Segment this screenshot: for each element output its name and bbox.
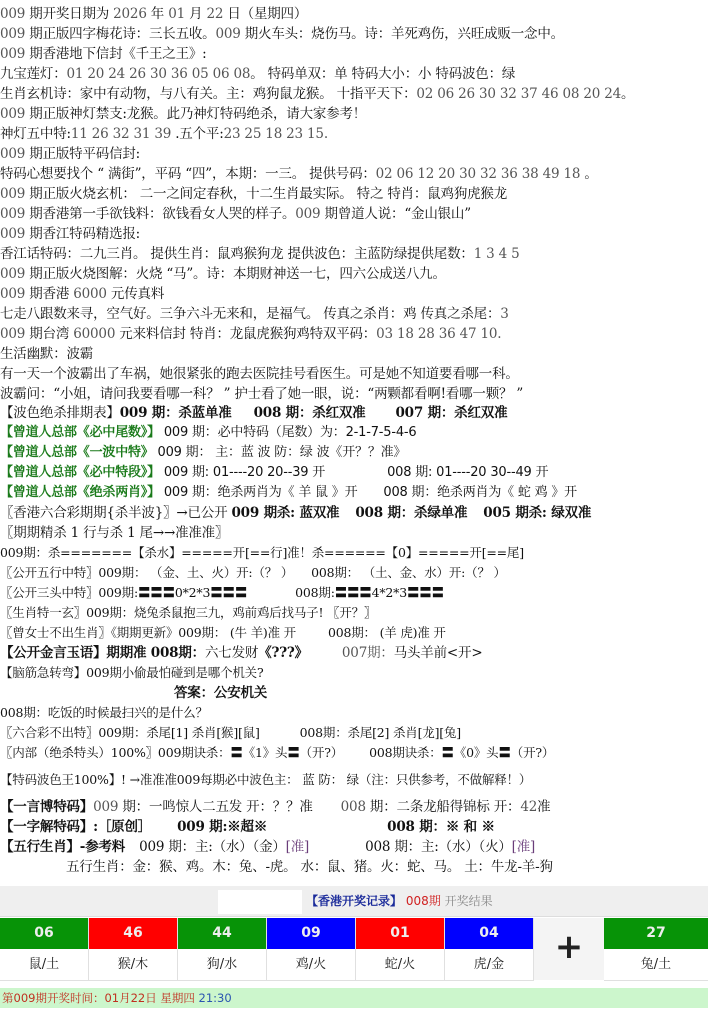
- kill-two-zodiac-line: 【曾道人总部《绝杀两肖》】 009 期：绝杀两肖为《 羊 鼠 》开008 期：绝…: [0, 483, 577, 503]
- five-element-zodiac-line: 【五行生肖】-参考料009 期：主:（水）（金）[准]008 期：主:（水）（火…: [0, 837, 535, 857]
- ms-zeng-line: 〖曾女士不出生肖〗《期期更新》009期： (牛 羊)准 开008期： (羊 虎)…: [0, 623, 446, 643]
- result-ball-3: 44狗/水: [178, 918, 267, 981]
- must-tail-line: 【曾道人总部《必中尾数》】 009 期：必中特码（尾数）为：2-1-7-5-4-…: [0, 423, 416, 443]
- golden-words-line: 【公开金言玉语】期期准 008期：六七发财《???》007期：马头羊前<开>: [0, 643, 482, 663]
- lamp-five-line: 神灯五中特:11 26 32 31 39 .五个平:23 25 18 23 15…: [0, 124, 328, 144]
- next-draw-footer: 第009期开奖时间：01月22日 星期四 21:30: [0, 988, 708, 1008]
- must-segment-line: 【曾道人总部《必中特段》】 009 期: 01----20 20--39 开00…: [0, 463, 548, 483]
- result-ball-5: 01蛇/火: [356, 918, 445, 981]
- draw-date-line: 009 期开奖日期为 2026 年 01 月 22 日（星期四）: [0, 4, 307, 24]
- xiangjiang-code-line: 香江话特码：二九三肖。 提供生肖：鼠鸡猴狗龙 提供波色：主蓝防绿提供尾数：1 3…: [0, 244, 520, 264]
- fax-title-line: 009 期香港 6000 元传真料: [0, 284, 164, 304]
- result-ball-1: 06鼠/土: [0, 918, 89, 981]
- result-ball-6: 04虎/金: [445, 918, 534, 981]
- element-zodiac-map-line: 五行生肖：金：猴、鸡。木：兔、-虎。 水：鼠、猪。火：蛇、马。 土：牛龙-羊-狗: [66, 857, 553, 877]
- three-head-line: 〖公开三头中特〗009期:〓〓〓0*2*3〓〓〓008期:〓〓〓4*2*3〓〓〓: [0, 583, 444, 603]
- one-wave-line: 【曾道人总部《一波中特》 009 期： 主：蓝 波 防：绿 波《开？？准》: [0, 443, 406, 463]
- zodiac-poem-line: 生肖玄机诗：家中有动物，与八有关。主：鸡狗鼠龙猴。 十指平天下：02 06 26…: [0, 84, 634, 104]
- fire-diagram-line: 009 期正版火烧图解：火烧 “马”。诗：本期财神送一七，四六公成送八九。: [0, 264, 446, 284]
- wave-kill-schedule-line: 【波色绝杀排期表】009 期：杀蓝单准008 期：杀红双准007 期：杀红双准: [0, 403, 507, 423]
- special-code-line: 特码心想要找个 “ 满街”，平码 “四”，本期：一三。 提供号码：02 06 1…: [0, 164, 598, 184]
- blank-box: [218, 890, 302, 914]
- fire-riddle-line: 009 期正版火烧玄机： 二一之间定春秋，十二生肖最实际。 特之 特肖：鼠鸡狗虎…: [0, 184, 507, 204]
- brain-teaser-line: 【脑筋急转弯】009期小偷最怕碰到是哪个机关?: [0, 663, 263, 683]
- special-ball: 27兔/土: [604, 918, 708, 981]
- results-balls: 06鼠/土 46猴/木 44狗/水 09鸡/火 01蛇/火 04虎/金 + 27…: [0, 918, 708, 982]
- result-ball-2: 46猴/木: [89, 918, 178, 981]
- lamp-ban-line: 009 期正版神灯禁支:龙猴。此乃神灯特码绝杀，请大家参考！: [0, 104, 366, 124]
- special-envelope-line: 009 期正版特平码信封:: [0, 144, 140, 164]
- kill-element-line: 009期：杀=======【杀水】=====开[==行]准！杀======【0】…: [0, 543, 524, 563]
- humor-line-1: 有一天一个波霸出了车祸，她很紧张的跑去医院挂号看医生。可是她不知道要看哪一科。: [0, 364, 519, 384]
- half-wave-line: 〖香港六合彩期期{杀半波}〗→已公开 009 期杀: 蓝双准008 期：杀绿单准…: [0, 503, 591, 523]
- lantern-numbers-line: 九宝莲灯：01 20 24 26 30 36 05 06 08。 特码单双：单 …: [0, 64, 515, 84]
- results-title-link[interactable]: 【香港开奖记录】: [306, 894, 402, 908]
- one-word-bet-line: 【一言博特码】009 期：一鸣惊人二五发 开：？？准008 期：二条龙船得锦标 …: [0, 797, 550, 817]
- plus-icon: +: [534, 918, 604, 980]
- fax-content-line: 七走八跟数来寻，空气好。三争六斗无来和，是福气。 传真之杀肖：鸡 传真之杀尾：3: [0, 304, 509, 324]
- taiwan-envelope-line: 009 期台湾 60000 元来料信封 特肖：龙鼠虎猴狗鸡特双平码：03 18 …: [0, 324, 501, 344]
- internal-kill-head-line: 〖内部（绝杀特头）100%〗009期诀杀：〓《1》头〓（开?）008期诀杀：〓《…: [0, 743, 554, 763]
- precise-kill-line: 〖期期精杀 1 行与杀 1 尾→→准准准〗: [0, 523, 228, 543]
- humor-line-2: 波霸问：“小姐，请问我要看哪一科？ ” 护士看了她一眼，说：“两颗都看啊!看哪一…: [0, 384, 523, 404]
- first-hand-line: 009 期香港第一手欲钱料：欲钱看女人哭的样子。009 期曾道人说：“金山银山”: [0, 204, 471, 224]
- zodiac-riddle-line: 〖生肖特一玄〗009期：烧兔杀鼠抱三九，鸡前鸡后找马子! 〖开？〗: [0, 603, 376, 623]
- not-out-line: 〖六合彩不出特〗009期：杀尾[1] 杀肖[猴][鼠]008期：杀尾[2] 杀肖…: [0, 723, 461, 743]
- five-element-line: 〖公开五行中特〗009期： （金、土、火）开:（？ ）008期： （土、金、水）…: [0, 563, 506, 583]
- wave-king-line: 【特码波色王100%】! →准准准009每期必中波色主： 蓝 防： 绿（注：只供…: [0, 770, 531, 790]
- result-ball-4: 09鸡/火: [267, 918, 356, 981]
- teaser-answer: 答案：公安机关: [174, 683, 267, 703]
- plum-poem-line: 009 期正版四字梅花诗：三长五收。009 期火车头：烧伤马。诗：羊死鸡伤，兴旺…: [0, 24, 564, 44]
- humor-title-line: 生活幽默：波霸: [0, 344, 93, 364]
- xiangjiang-title-line: 009 期香江特码精选报:: [0, 224, 140, 244]
- results-header-bar: 【香港开奖记录】 008期 开奖结果: [0, 886, 708, 917]
- teaser-008-line: 008期：吃饭的时候最扫兴的是什么？: [0, 703, 208, 723]
- one-char-line: 【一字解特码】:［原创］009 期:※超※008 期：※ 和 ※: [0, 817, 495, 837]
- envelope-title-line: 009 期香港地下信封《千王之王》:: [0, 44, 207, 64]
- results-title: 【香港开奖记录】 008期 开奖结果: [306, 892, 493, 909]
